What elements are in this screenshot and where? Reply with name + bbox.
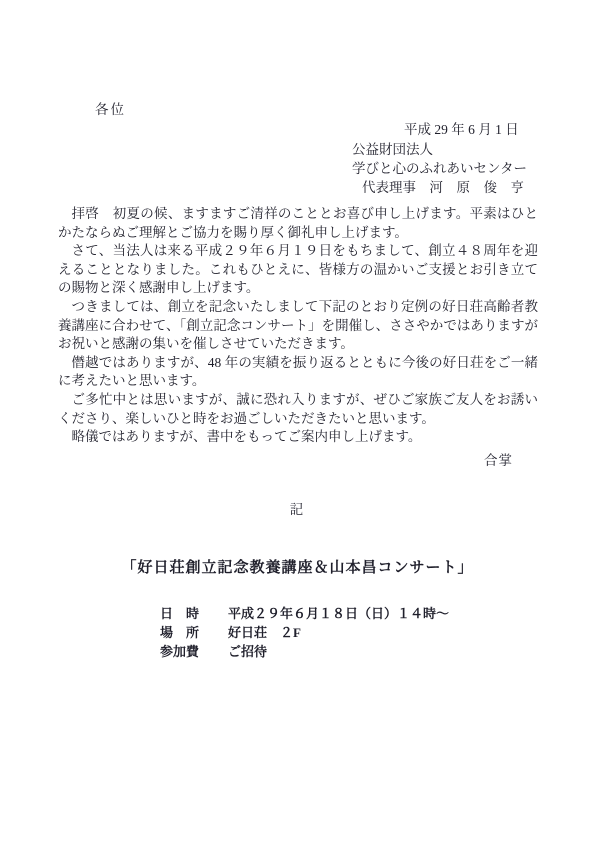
detail-row-datetime: 日 時 平成２９年６月１８日（日）１４時～ <box>160 605 449 624</box>
sender-organization-name: 学びと心のふれあいセンター <box>352 157 527 177</box>
sender-organization-type: 公益財団法人 <box>352 138 433 158</box>
letter-date: 平成 29 年 6 月 1 日 <box>404 118 519 138</box>
event-details: 日 時 平成２９年６月１８日（日）１４時～ 場 所 好日荘 ２F 参加費 ご招待 <box>160 605 449 661</box>
letter-paragraph: 略儀ではありますが、書中をもってご案内申し上げます。 <box>58 428 538 447</box>
detail-label-place: 場 所 <box>160 624 228 643</box>
event-title: 「好日荘創立記念教養講座＆山本昌コンサート」 <box>0 556 595 577</box>
detail-row-fee: 参加費 ご招待 <box>160 643 449 662</box>
recipient-salutation: 各位 <box>95 98 126 118</box>
letter-paragraph: つきましては、創立を記念いたしまして下記のとおり定例の好日荘高齢者教養講座に合わ… <box>58 298 538 354</box>
detail-value-fee: ご招待 <box>228 643 267 662</box>
record-marker: 記 <box>0 498 595 518</box>
closing-word: 合掌 <box>484 453 513 468</box>
detail-row-place: 場 所 好日荘 ２F <box>160 624 449 643</box>
detail-label-datetime: 日 時 <box>160 605 228 624</box>
detail-value-place: 好日荘 ２F <box>228 624 301 643</box>
letter-paragraph: ご多忙中とは思いますが、誠に恐れ入りますが、ぜひご家族ご友人をお誘いくださり、楽… <box>58 391 538 428</box>
letter-paragraph: 拝啓 初夏の候、ますますご清祥のこととお喜び申し上げます。平素はひとかたならぬご… <box>58 205 538 242</box>
letter-body: 拝啓 初夏の候、ますますご清祥のこととお喜び申し上げます。平素はひとかたならぬご… <box>58 205 538 447</box>
detail-label-fee: 参加費 <box>160 643 228 662</box>
sender-representative-name: 代表理事 河 原 俊 亨 <box>362 176 524 196</box>
detail-value-datetime: 平成２９年６月１８日（日）１４時～ <box>228 605 449 624</box>
letter-paragraph: 僭越ではありますが、48 年の実績を振り返るとともに今後の好日荘をご一緒に考えた… <box>58 354 538 391</box>
letter-page: 各位 平成 29 年 6 月 1 日 公益財団法人 学びと心のふれあいセンター … <box>0 0 595 842</box>
letter-paragraph: さて、当法人は来る平成２９年６月１９日をもちまして、創立４８周年を迎えることとな… <box>58 242 538 298</box>
closing-word-wrap: 合掌 <box>58 449 538 469</box>
